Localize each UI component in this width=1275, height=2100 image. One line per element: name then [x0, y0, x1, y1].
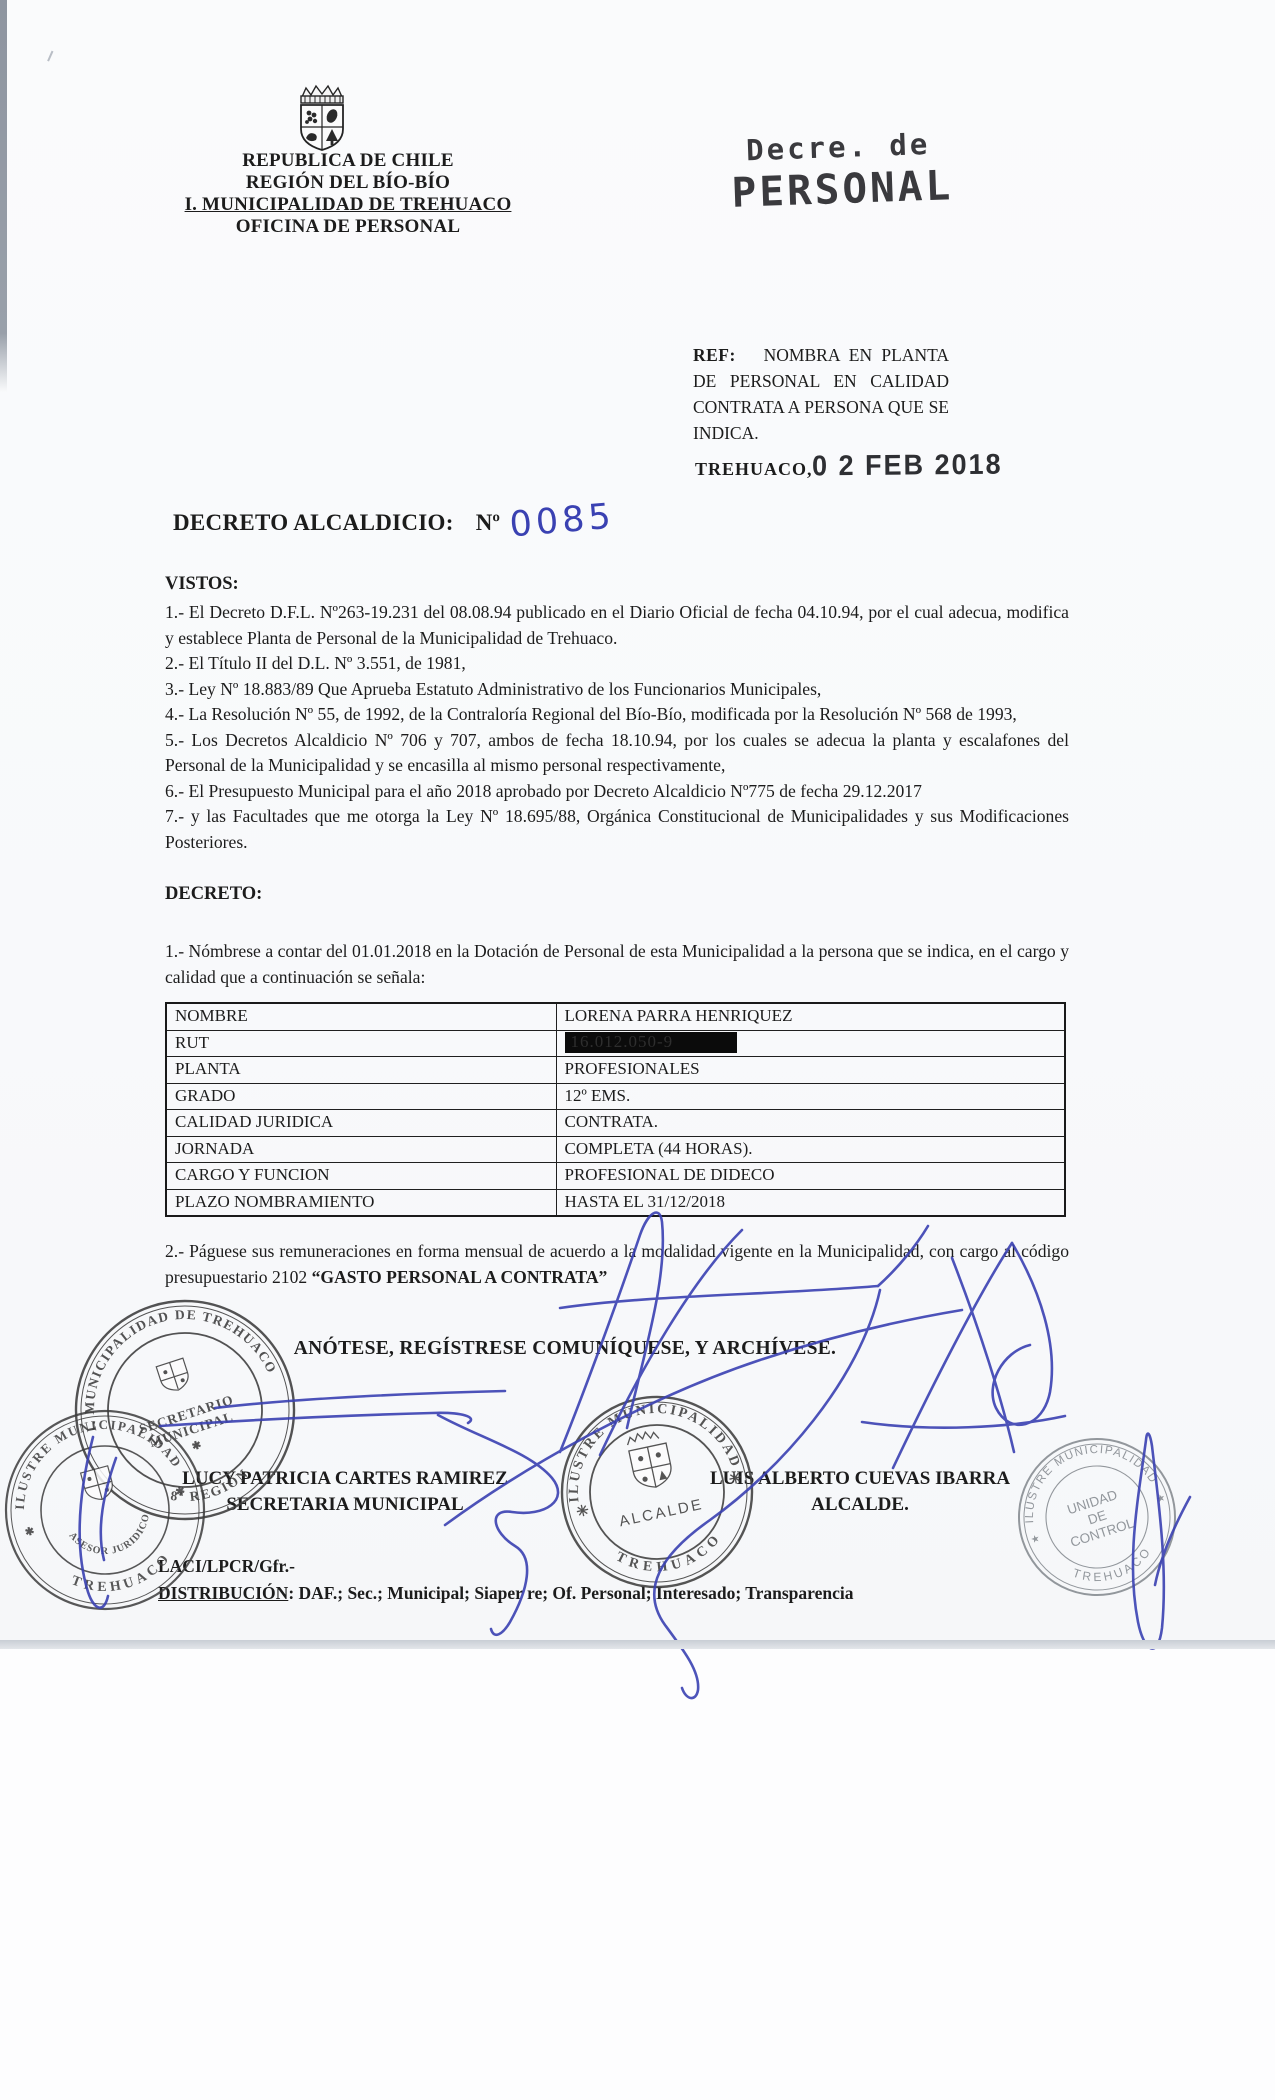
row-label: PLAZO NOMBRAMIENTO — [166, 1189, 556, 1216]
reference-label: REF: — [693, 345, 736, 365]
table-row: RUT16.012.050-9 — [166, 1030, 1065, 1057]
coat-of-arms-icon — [291, 82, 353, 158]
row-label: RUT — [166, 1030, 556, 1057]
vistos-list: 1.- El Decreto D.F.L. Nº263-19.231 del 0… — [165, 600, 1069, 855]
decree-heading: DECRETO ALCALDICIO: Nº 0085 — [173, 510, 615, 540]
row-label: GRADO — [166, 1083, 556, 1110]
vistos-item: 5.- Los Decretos Alcaldicio Nº 706 y 707… — [165, 728, 1069, 779]
letterhead-office: OFICINA DE PERSONAL — [148, 216, 548, 238]
vistos-item: 6.- El Presupuesto Municipal para el año… — [165, 779, 1069, 805]
table-row: NOMBRELORENA PARRA HENRIQUEZ — [166, 1003, 1065, 1030]
row-value-redacted: 16.012.050-9 — [556, 1030, 1065, 1057]
vistos-heading: VISTOS: — [165, 574, 239, 595]
scan-edge-artifact — [0, 0, 7, 392]
appointment-table: NOMBRELORENA PARRA HENRIQUEZ RUT16.012.0… — [165, 1002, 1066, 1217]
table-row: CALIDAD JURIDICACONTRATA. — [166, 1110, 1065, 1137]
table-row: PLANTAPROFESIONALES — [166, 1057, 1065, 1084]
table-row: PLAZO NOMBRAMIENTOHASTA EL 31/12/2018 — [166, 1189, 1065, 1216]
signatory-right-title: ALCALDE. — [660, 1492, 1060, 1518]
place-label: TREHUACO, — [695, 459, 813, 480]
drafting-initials: LACI/LPCR/Gfr.- — [158, 1556, 295, 1577]
closing-formula: ANÓTESE, REGÍSTRESE COMUNÍQUESE, Y ARCHÍ… — [165, 1338, 965, 1360]
vistos-item: 1.- El Decreto D.F.L. Nº263-19.231 del 0… — [165, 600, 1069, 651]
signatory-left: LUCY PATRICIA CARTES RAMIREZ SECRETARIA … — [145, 1466, 545, 1518]
decree-title: DECRETO ALCALDICIO: — [173, 510, 454, 536]
row-value: 12º EMS. — [556, 1083, 1065, 1110]
letterhead-country: REPUBLICA DE CHILE — [148, 150, 548, 172]
row-value: LORENA PARRA HENRIQUEZ — [556, 1003, 1065, 1030]
vistos-item: 4.- La Resolución Nº 55, de 1992, de la … — [165, 702, 1069, 728]
row-value: COMPLETA (44 HORAS). — [556, 1136, 1065, 1163]
table-row: JORNADACOMPLETA (44 HORAS). — [166, 1136, 1065, 1163]
scanned-decree-page: REPUBLICA DE CHILE REGIÓN DEL BÍO-BÍO I.… — [0, 0, 1275, 2100]
table-row: GRADO12º EMS. — [166, 1083, 1065, 1110]
signatory-right: LUIS ALBERTO CUEVAS IBARRA ALCALDE. — [660, 1466, 1060, 1518]
date-stamp: 0 2 FEB 2018 — [812, 448, 1003, 483]
row-label: JORNADA — [166, 1136, 556, 1163]
decreto-paragraph-2: 2.- Páguese sus remuneraciones en forma … — [165, 1238, 1069, 1290]
personnel-decree-stamp: Decre. de PERSONAL — [730, 126, 954, 217]
row-value: CONTRATA. — [556, 1110, 1065, 1137]
signatory-right-name: LUIS ALBERTO CUEVAS IBARRA — [660, 1466, 1060, 1492]
signatory-left-title: SECRETARIA MUNICIPAL — [145, 1492, 545, 1518]
decreto-paragraph-2-text: 2.- Páguese sus remuneraciones en forma … — [165, 1241, 1069, 1287]
distribution-label: DISTRIBUCIÓN — [158, 1583, 288, 1603]
row-value: PROFESIONALES — [556, 1057, 1065, 1084]
row-label: CARGO Y FUNCION — [166, 1163, 556, 1190]
decreto-paragraph-1: 1.- Nómbrese a contar del 01.01.2018 en … — [165, 938, 1069, 990]
row-value: HASTA EL 31/12/2018 — [556, 1189, 1065, 1216]
letterhead: REPUBLICA DE CHILE REGIÓN DEL BÍO-BÍO I.… — [148, 150, 548, 238]
row-label: NOMBRE — [166, 1003, 556, 1030]
personnel-decree-stamp-line2: PERSONAL — [731, 161, 954, 217]
signatory-left-name: LUCY PATRICIA CARTES RAMIREZ — [145, 1466, 545, 1492]
distribution-line: DISTRIBUCIÓN: DAF.; Sec.; Municipal; Sia… — [158, 1583, 853, 1604]
scan-bottom-shadow — [0, 1640, 1275, 1649]
letterhead-municipality: I. MUNICIPALIDAD DE TREHUACO — [148, 194, 548, 216]
decreto-paragraph-2-bold: “GASTO PERSONAL A CONTRATA” — [312, 1267, 608, 1287]
row-label: CALIDAD JURIDICA — [166, 1110, 556, 1137]
decreto-heading: DECRETO: — [165, 884, 262, 905]
distribution-text: : DAF.; Sec.; Municipal; Siaper re; Of. … — [288, 1583, 853, 1603]
vistos-item: 2.- El Título II del D.L. Nº 3.551, de 1… — [165, 651, 1069, 677]
letterhead-region: REGIÓN DEL BÍO-BÍO — [148, 172, 548, 194]
vistos-item: 3.- Ley Nº 18.883/89 Que Aprueba Estatut… — [165, 677, 1069, 703]
row-label: PLANTA — [166, 1057, 556, 1084]
table-row: CARGO Y FUNCIONPROFESIONAL DE DIDECO — [166, 1163, 1065, 1190]
vistos-item: 7.- y las Facultades que me otorga la Le… — [165, 804, 1069, 855]
reference-block: REF: NOMBRA EN PLANTA DE PERSONAL EN CAL… — [693, 342, 949, 446]
row-value: PROFESIONAL DE DIDECO — [556, 1163, 1065, 1190]
rut-redaction-bar: 16.012.050-9 — [565, 1032, 738, 1053]
decree-number-label: Nº — [476, 510, 500, 536]
decree-number-handwritten: 0085 — [508, 501, 615, 540]
